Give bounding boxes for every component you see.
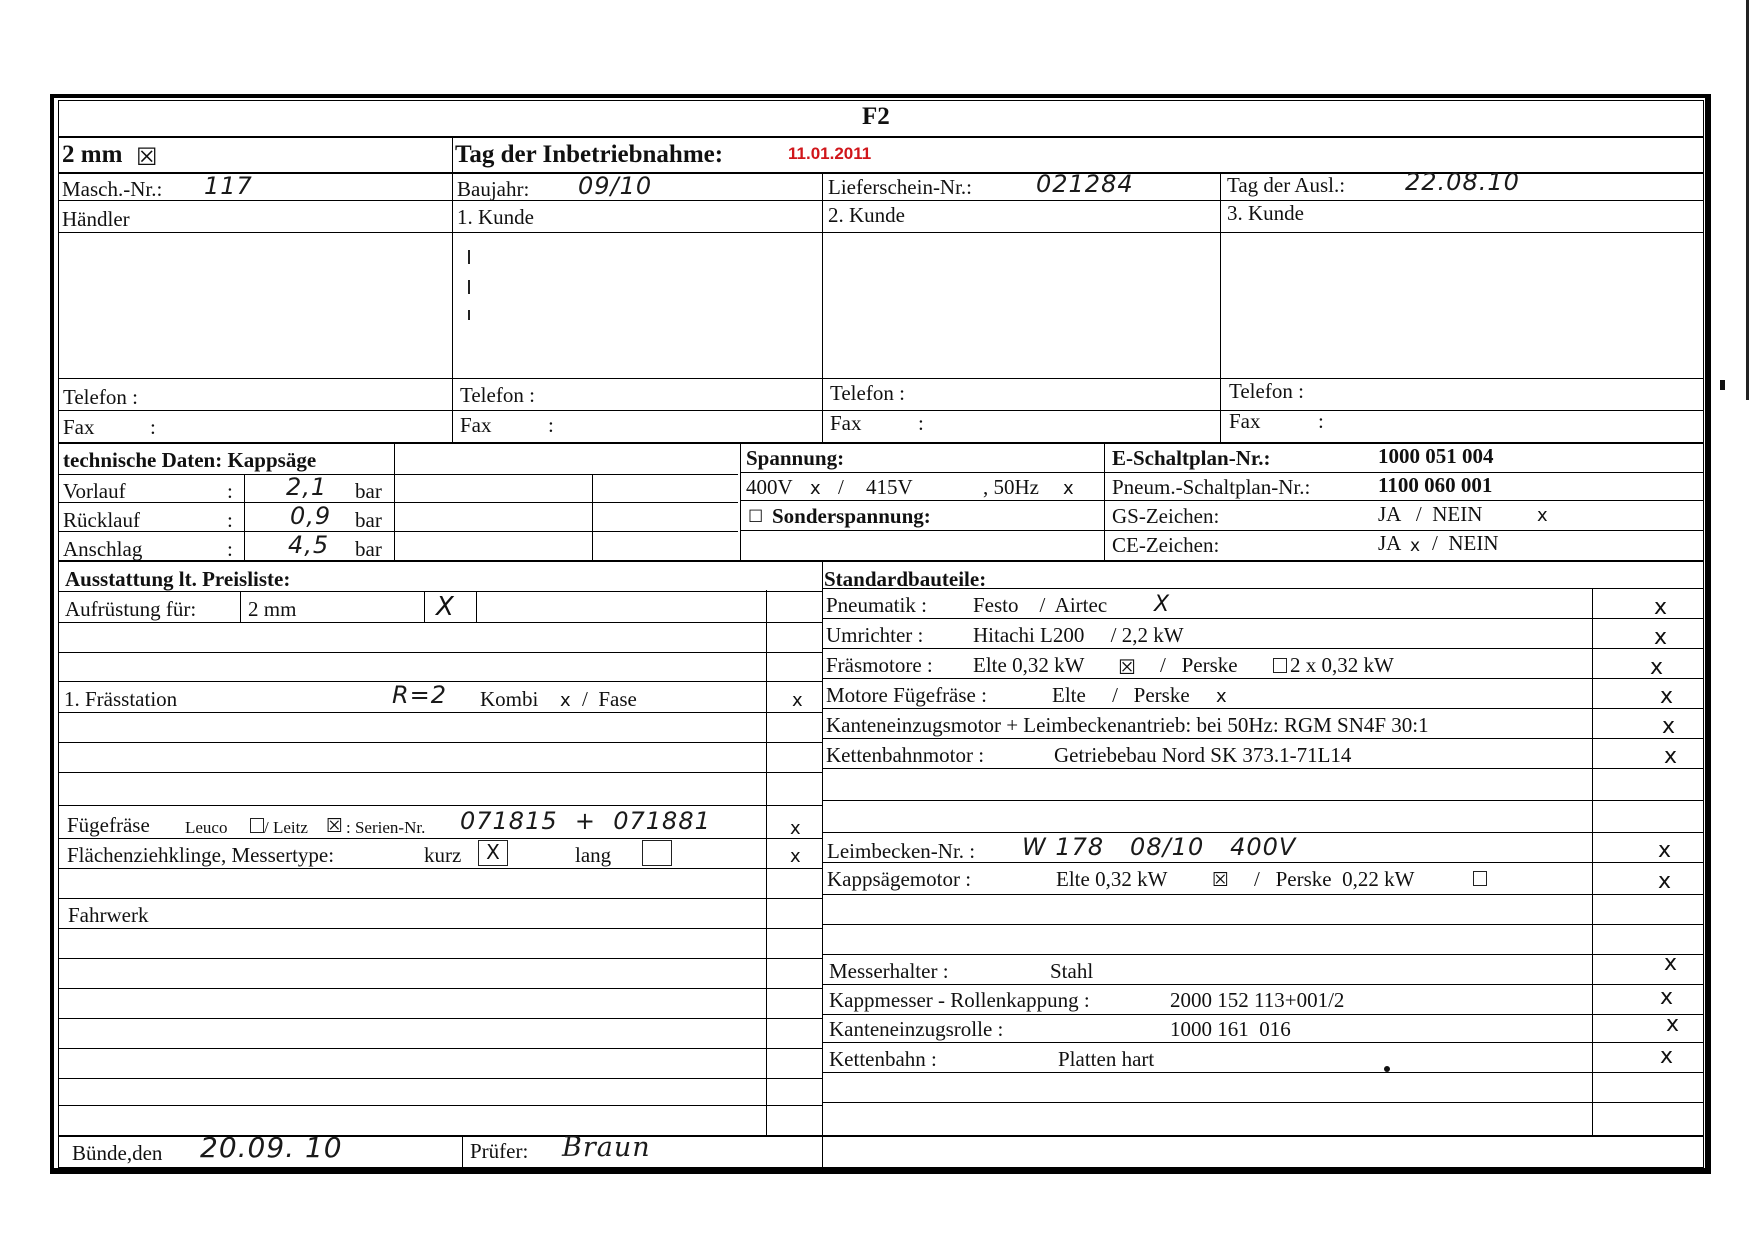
fase-label: / Fase xyxy=(582,686,637,712)
divider xyxy=(822,618,1704,619)
std-fraesmotore-perske-checkbox[interactable] xyxy=(1273,658,1287,673)
tech-vorlauf-label: Vorlauf xyxy=(63,478,126,504)
baujahr-label: Baujahr: xyxy=(457,176,529,202)
sonderspannung-label: Sonderspannung: xyxy=(772,503,931,529)
fax-colon: : xyxy=(1318,408,1324,434)
kunde2-fax-label: Fax xyxy=(830,410,862,436)
std-kanteneinzugsrolle-label: Kanteneinzugsrolle : xyxy=(829,1016,1003,1042)
divider xyxy=(740,500,1704,501)
col-divider xyxy=(476,591,477,622)
divider xyxy=(58,560,1704,562)
std-fraesmotore-elte-mark[interactable]: ☒ xyxy=(1118,656,1136,678)
std-fraesmotore-check[interactable]: x xyxy=(1650,657,1663,679)
e-schaltplan-value: 1000 051 004 xyxy=(1378,443,1494,469)
divider xyxy=(822,648,1704,649)
std-fraesmotore-label: Fräsmotore : xyxy=(826,652,933,678)
scan-speck xyxy=(1384,1066,1390,1072)
std-kettenbahnmotor-label: Kettenbahnmotor : xyxy=(826,742,984,768)
scan-speck xyxy=(1720,380,1725,390)
pruefer-label: Prüfer: xyxy=(470,1138,528,1164)
ausstattung-heading: Ausstattung lt. Preisliste: xyxy=(65,566,290,592)
tech-anschlag-value[interactable]: 4,5 xyxy=(288,532,329,558)
pen-mark xyxy=(468,280,470,294)
voltage-freq-mark[interactable]: x xyxy=(1063,478,1074,500)
divider xyxy=(58,868,822,869)
divider xyxy=(1104,530,1704,531)
std-pneumatik-label: Pneumatik : xyxy=(826,592,927,618)
std-kappsaegemotor-label: Kappsägemotor : xyxy=(827,866,971,892)
divider xyxy=(58,502,738,503)
std-kappsaegemotor-check[interactable]: x xyxy=(1658,871,1671,893)
kunde2-telefon-label: Telefon : xyxy=(830,380,905,406)
leitz-checkbox[interactable]: ☒ xyxy=(326,815,343,837)
divider xyxy=(822,1042,1704,1043)
std-leimbecken-label: Leimbecken-Nr. : xyxy=(827,838,975,864)
divider xyxy=(58,1018,822,1019)
e-schaltplan-label: E-Schaltplan-Nr.: xyxy=(1112,445,1271,471)
kurz-label: kurz xyxy=(424,842,461,868)
voltage-400v: 400V xyxy=(746,474,793,500)
std-umrichter-value: Hitachi L200 / 2,2 kW xyxy=(973,622,1184,648)
divider xyxy=(58,988,822,989)
voltage-heading: Spannung: xyxy=(746,445,844,471)
kombi-label: Kombi xyxy=(480,686,538,712)
kurz-checkbox[interactable]: X xyxy=(478,840,508,866)
std-motore-fuegefraese-inline-mark[interactable]: x xyxy=(1216,686,1227,708)
pneum-schaltplan-label: Pneum.-Schaltplan-Nr.: xyxy=(1112,474,1310,500)
kunde3-telefon-label: Telefon : xyxy=(1229,378,1304,404)
std-kanteneinzugsmotor-label: Kanteneinzugsmotor + Leimbeckenantrieb: … xyxy=(826,712,1429,738)
tech-vorlauf-value[interactable]: 2,1 xyxy=(286,474,327,500)
divider xyxy=(822,678,1704,679)
col-divider xyxy=(822,172,823,444)
flaechenziehklinge-check[interactable]: x xyxy=(790,846,801,868)
fax-colon: : xyxy=(548,412,554,438)
std-kettenbahnmotor-value: Getriebebau Nord SK 373.1-71L14 xyxy=(1054,742,1351,768)
divider xyxy=(822,894,1704,895)
divider xyxy=(58,838,822,839)
auslieferung-value[interactable]: 22.08.10 xyxy=(1405,169,1520,195)
col-divider xyxy=(394,442,395,560)
party-kunde1-address[interactable] xyxy=(454,234,820,376)
divider xyxy=(58,772,822,773)
std-pneumatik-inline-mark[interactable]: X xyxy=(1154,594,1169,616)
fraesstation-hand-value[interactable]: R=2 xyxy=(392,682,447,708)
divider xyxy=(58,232,1704,233)
divider xyxy=(822,862,1704,863)
auslieferung-label: Tag der Ausl.: xyxy=(1227,172,1345,198)
col-divider xyxy=(240,591,241,622)
divider xyxy=(822,1102,1704,1103)
std-pneumatik-check[interactable]: x xyxy=(1654,597,1667,619)
divider xyxy=(58,712,822,713)
footer-date-value[interactable]: 20.09. 10 xyxy=(200,1135,343,1161)
pruefer-signature[interactable]: Braun xyxy=(562,1135,651,1161)
kunde1-fax-label: Fax xyxy=(460,412,492,438)
fuegefraese-check[interactable]: x xyxy=(790,818,801,840)
lang-label: lang xyxy=(575,842,611,868)
pneum-schaltplan-value: 1100 060 001 xyxy=(1378,472,1492,498)
std-kappsaegemotor-value: Elte 0,32 kW xyxy=(1056,866,1167,892)
fahrwerk-label: Fahrwerk xyxy=(68,902,148,928)
std-kappmesser-check[interactable]: x xyxy=(1660,987,1673,1009)
lieferschein-label: Lieferschein-Nr.: xyxy=(828,174,972,200)
serien-nr-value[interactable]: 071815 + 071881 xyxy=(460,808,711,834)
divider xyxy=(740,530,1106,531)
divider xyxy=(58,928,822,929)
party-kunde2-address[interactable] xyxy=(824,234,1218,376)
std-fraesmotore-value: Elte 0,32 kW xyxy=(973,652,1084,678)
tech-anschlag-label: Anschlag xyxy=(63,536,142,562)
voltage-415v: 415V xyxy=(866,474,913,500)
divider xyxy=(822,588,1704,589)
std-kanteneinzugsrolle-check[interactable]: x xyxy=(1666,1014,1679,1036)
std-motore-fuegefraese-label: Motore Fügefräse : xyxy=(826,682,987,708)
std-leimbecken-check[interactable]: x xyxy=(1658,840,1671,862)
party-kunde3-address[interactable] xyxy=(1222,234,1702,376)
fax-colon: : xyxy=(918,410,924,436)
colon: : xyxy=(227,507,233,533)
divider xyxy=(58,200,1704,201)
std-kappmesser-label: Kappmesser - Rollenkappung : xyxy=(829,987,1090,1013)
std-motore-fuegefraese-check[interactable]: x xyxy=(1660,686,1673,708)
col-divider xyxy=(462,1135,463,1168)
unit-bar: bar xyxy=(355,507,382,533)
tech-heading: technische Daten: Kappsäge xyxy=(63,447,316,473)
haendler-telefon-label: Telefon : xyxy=(63,384,138,410)
tech-ruecklauf-value[interactable]: 0,9 xyxy=(290,503,331,529)
divider xyxy=(58,898,822,899)
footer-place-label: Bünde,den xyxy=(72,1140,162,1166)
commissioning-label: Tag der Inbetriebnahme: xyxy=(455,142,723,168)
lieferschein-value[interactable]: 021284 xyxy=(1036,171,1134,197)
aufruestung-mark[interactable]: X xyxy=(436,596,454,618)
party-kunde2-label: 2. Kunde xyxy=(828,202,905,228)
std-motore-fuegefraese-value: Elte / Perske xyxy=(1052,682,1190,708)
commissioning-date: 11.01.2011 xyxy=(788,141,871,167)
divider xyxy=(822,924,1704,925)
divider xyxy=(822,738,1704,739)
std-fraesmotore-qty: 2 x 0,32 kW xyxy=(1290,652,1394,678)
tech-ruecklauf-label: Rücklauf xyxy=(63,507,140,533)
std-kettenbahn-check[interactable]: x xyxy=(1660,1046,1673,1068)
divider xyxy=(58,378,1704,379)
std-kappsaegemotor-elte-mark[interactable]: ☒ xyxy=(1212,869,1229,891)
gs-zeichen-value: JA / NEIN xyxy=(1378,501,1482,527)
divider xyxy=(58,1048,822,1049)
voltage-freq: , 50Hz xyxy=(983,474,1039,500)
std-kappsaegemotor-perske-checkbox[interactable] xyxy=(1473,871,1487,886)
col-divider xyxy=(452,136,453,444)
flaechenziehklinge-label: Flächenziehklinge, Messertype: xyxy=(67,842,334,868)
ce-zeichen-label: CE-Zeichen: xyxy=(1112,532,1219,558)
std-kettenbahnmotor-check[interactable]: x xyxy=(1664,746,1677,768)
aufruestung-label: Aufrüstung für: xyxy=(65,596,196,622)
check-col-divider xyxy=(766,590,767,1135)
col-divider xyxy=(424,591,425,622)
divider xyxy=(58,136,1704,138)
ce-nein-label: / NEIN xyxy=(1432,530,1499,556)
variant-label: 2 mm xyxy=(62,142,122,168)
leuco-checkbox[interactable] xyxy=(250,818,264,833)
haendler-fax-label: Fax xyxy=(63,414,95,440)
gs-zeichen-label: GS-Zeichen: xyxy=(1112,503,1219,529)
divider xyxy=(822,954,1704,955)
divider xyxy=(822,1072,1704,1073)
divider xyxy=(822,708,1704,709)
variant-checkbox[interactable]: ☒ xyxy=(136,146,158,168)
divider xyxy=(58,1078,822,1079)
unit-bar: bar xyxy=(355,478,382,504)
colon: : xyxy=(227,536,233,562)
divider xyxy=(58,622,822,623)
divider xyxy=(822,984,1704,985)
kunde3-fax-label: Fax xyxy=(1229,408,1261,434)
scan-edge-line xyxy=(1746,0,1749,400)
fraesstation-label: 1. Frässtation xyxy=(64,686,177,712)
divider xyxy=(58,742,822,743)
ce-ja-label: JA xyxy=(1378,530,1401,556)
divider xyxy=(58,958,822,959)
std-kappsaegemotor-perske: / Perske 0,22 kW xyxy=(1254,866,1414,892)
voltage-400v-mark[interactable]: x xyxy=(810,478,821,500)
std-messerhalter-label: Messerhalter : xyxy=(829,958,949,984)
fraesstation-check[interactable]: x xyxy=(792,690,803,712)
std-umrichter-label: Umrichter : xyxy=(826,622,923,648)
col-divider xyxy=(592,474,593,560)
form-title: F2 xyxy=(862,104,890,130)
divider xyxy=(58,652,822,653)
gs-nein-mark[interactable]: x xyxy=(1537,505,1548,527)
party-kunde1-label: 1. Kunde xyxy=(457,204,534,230)
separator: / xyxy=(838,474,844,500)
lang-checkbox[interactable] xyxy=(642,840,672,866)
std-kappmesser-value: 2000 152 113+001/2 xyxy=(1170,987,1344,1013)
col-divider xyxy=(1220,172,1221,444)
fuegefraese-label: Fügefräse xyxy=(67,812,150,838)
col-divider xyxy=(740,442,741,560)
baujahr-value[interactable]: 09/10 xyxy=(578,173,652,199)
divider xyxy=(58,805,822,806)
std-leimbecken-value[interactable]: W 178 08/10 400V xyxy=(1022,834,1296,860)
std-umrichter-check[interactable]: x xyxy=(1654,627,1667,649)
divider xyxy=(822,800,1704,801)
kombi-mark[interactable]: x xyxy=(560,690,571,712)
col-divider xyxy=(822,560,823,1168)
std-pneumatik-value: Festo / Airtec xyxy=(973,592,1107,618)
fax-colon: : xyxy=(150,414,156,440)
std-messerhalter-value: Stahl xyxy=(1050,958,1093,984)
party-haendler-label: Händler xyxy=(62,206,130,232)
divider xyxy=(58,410,1704,411)
unit-bar: bar xyxy=(355,536,382,562)
std-messerhalter-check[interactable]: x xyxy=(1664,953,1677,975)
std-kettenbahn-value: Platten hart xyxy=(1058,1046,1154,1072)
party-haendler-address[interactable] xyxy=(60,234,450,376)
divider xyxy=(58,1105,822,1106)
party-kunde3-label: 3. Kunde xyxy=(1227,200,1304,226)
std-kanteneinzugsrolle-value: 1000 161 016 xyxy=(1170,1016,1291,1042)
masch-nr-value[interactable]: 117 xyxy=(204,173,253,199)
divider xyxy=(822,768,1704,769)
std-kanteneinzugsmotor-check[interactable]: x xyxy=(1662,716,1675,738)
divider xyxy=(740,472,1704,473)
kunde1-telefon-label: Telefon : xyxy=(460,382,535,408)
col-divider xyxy=(1104,442,1105,560)
col-divider xyxy=(244,474,245,560)
ce-ja-mark[interactable]: x xyxy=(1410,535,1420,557)
colon: : xyxy=(227,478,233,504)
pen-mark xyxy=(468,310,470,320)
divider xyxy=(58,531,738,532)
aufruestung-value: 2 mm xyxy=(248,596,296,622)
divider xyxy=(58,474,738,475)
sonderspannung-checkbox[interactable]: ☐ xyxy=(748,504,763,530)
pen-mark xyxy=(468,250,470,264)
divider xyxy=(822,1014,1704,1015)
masch-nr-label: Masch.-Nr.: xyxy=(62,176,162,202)
std-fraesmotore-perske: / Perske xyxy=(1160,652,1238,678)
std-kettenbahn-label: Kettenbahn : xyxy=(829,1046,937,1072)
